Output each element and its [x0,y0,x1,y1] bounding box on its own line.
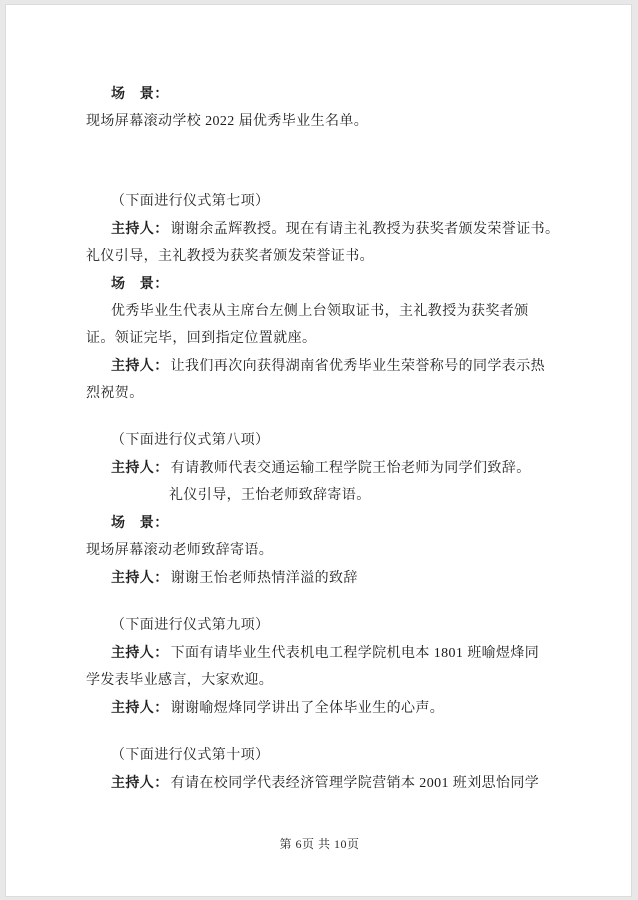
line-text: （下面进行仪式第七项） [111,194,269,209]
host-line: 主持人：谢谢喻煜烽同学讲出了全体毕业生的心声。 [86,694,576,722]
scene-heading-line: 场 景： [86,80,576,108]
line-text: （下面进行仪式第九项） [111,618,269,633]
scene-heading-line: 场 景： [86,270,576,298]
line-text: 有请教师代表交通运输工程学院王怡老师为同学们致辞。 [171,461,531,476]
host-label: 主持人： [111,774,169,790]
line-text: 礼仪引导，主礼教授为获奖者颁发荣誉证书。 [86,249,374,264]
scene-heading-line: 场 景： [86,509,576,537]
stage-direction-line: （下面进行仪式第七项） [86,188,576,215]
line-text: 优秀毕业生代表从主席台左侧上台领取证书，主礼教授为获奖者颁 [111,304,529,319]
etiquette-guide-line: 礼仪引导，王怡老师致辞寄语。 [86,482,576,509]
host-label: 主持人： [111,699,169,715]
scene-label: 场 景： [111,275,169,291]
host-label: 主持人： [111,644,169,660]
host-line-continuation: 学发表毕业感言，大家欢迎。 [86,667,576,694]
stage-direction-line: （下面进行仪式第十项） [86,742,576,769]
host-label: 主持人： [111,357,169,373]
line-text: 有请在校同学代表经济管理学院营销本 2001 班刘思怡同学 [171,776,540,791]
scene-description-line: 优秀毕业生代表从主席台左侧上台领取证书，主礼教授为获奖者颁 [86,298,576,325]
host-line: 主持人：有请在校同学代表经济管理学院营销本 2001 班刘思怡同学 [86,769,576,797]
scene-description-line: 现场屏幕滚动学校 2022 届优秀毕业生名单。 [86,108,576,135]
scene-description-continuation: 证。领证完毕，回到指定位置就座。 [86,325,576,352]
line-text: 礼仪引导，王怡老师致辞寄语。 [169,488,371,503]
host-line-continuation: 烈祝贺。 [86,380,576,407]
host-line-continuation: 礼仪引导，主礼教授为获奖者颁发荣誉证书。 [86,243,576,270]
line-text: （下面进行仪式第十项） [111,748,269,763]
host-label: 主持人： [111,569,169,585]
document-page: 场 景： 现场屏幕滚动学校 2022 届优秀毕业生名单。 （下面进行仪式第七项）… [5,4,632,897]
scene-description-line: 现场屏幕滚动老师致辞寄语。 [86,537,576,564]
document-viewer: { "canvas": { "background_color": "#e8e8… [0,0,638,900]
line-text: 下面有请毕业生代表机电工程学院机电本 1801 班喻煜烽同 [171,646,540,661]
document-body: 场 景： 现场屏幕滚动学校 2022 届优秀毕业生名单。 （下面进行仪式第七项）… [86,80,576,797]
line-text: 谢谢余孟辉教授。现在有请主礼教授为获奖者颁发荣誉证书。 [171,222,560,237]
line-text: 学发表毕业感言，大家欢迎。 [86,673,273,688]
line-text: 谢谢喻煜烽同学讲出了全体毕业生的心声。 [171,701,445,716]
line-text: （下面进行仪式第八项） [111,433,269,448]
line-text: 让我们再次向获得湖南省优秀毕业生荣誉称号的同学表示热 [171,359,545,374]
host-label: 主持人： [111,459,169,475]
host-line: 主持人：让我们再次向获得湖南省优秀毕业生荣誉称号的同学表示热 [86,352,576,380]
line-text: 证。领证完毕，回到指定位置就座。 [86,331,316,346]
scene-label: 场 景： [111,85,169,101]
host-line: 主持人：下面有请毕业生代表机电工程学院机电本 1801 班喻煜烽同 [86,639,576,667]
page-number-footer: 第 6页 共 10页 [6,835,633,853]
line-text: 现场屏幕滚动学校 2022 届优秀毕业生名单。 [86,114,368,129]
line-text: 现场屏幕滚动老师致辞寄语。 [86,543,273,558]
host-line: 主持人：有请教师代表交通运输工程学院王怡老师为同学们致辞。 [86,454,576,482]
scene-label: 场 景： [111,514,169,530]
stage-direction-line: （下面进行仪式第八项） [86,427,576,454]
line-text: 烈祝贺。 [86,386,144,401]
host-line: 主持人：谢谢余孟辉教授。现在有请主礼教授为获奖者颁发荣誉证书。 [86,215,576,243]
stage-direction-line: （下面进行仪式第九项） [86,612,576,639]
host-label: 主持人： [111,220,169,236]
line-text: 谢谢王怡老师热情洋溢的致辞 [171,571,358,586]
host-line: 主持人：谢谢王怡老师热情洋溢的致辞 [86,564,576,592]
